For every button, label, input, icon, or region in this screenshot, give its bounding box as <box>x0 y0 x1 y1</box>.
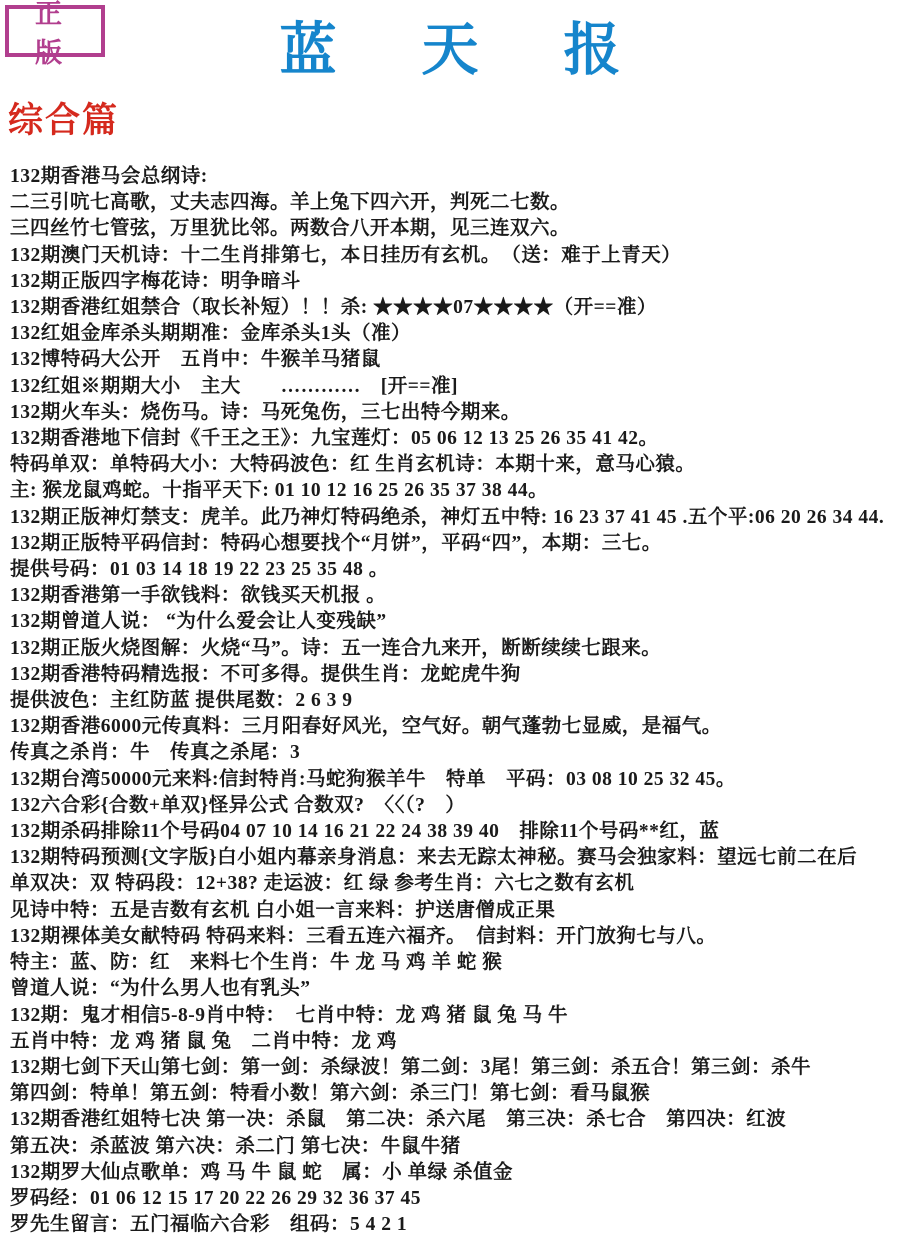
text-line: 提供波色：主红防蓝 提供尾数：2 6 3 9 <box>10 688 900 714</box>
text-line: 提供号码：01 03 14 18 19 22 23 25 35 48 。 <box>10 557 900 583</box>
badge-label: 正版 <box>35 0 101 70</box>
text-line: 132期正版四字梅花诗：明争暗斗 <box>10 269 900 295</box>
text-line: 见诗中特：五是吉数有玄机 白小姐一言来料：护送唐僧成正果 <box>10 898 900 924</box>
authentic-edition-badge: 正版 <box>5 5 105 57</box>
text-line: 132期正版特平码信封：特码心想要找个“月饼”，平码“四”，本期：三七。 <box>10 531 900 557</box>
text-line: 132期正版火烧图解：火烧“马”。诗：五一连合九来开，断断续续七跟来。 <box>10 636 900 662</box>
text-line: 132期香港马会总纲诗: <box>10 164 900 190</box>
text-line: 132期七剑下天山第七剑：第一剑：杀绿波！第二剑：3尾！第三剑：杀五合！第三剑：… <box>10 1055 900 1081</box>
text-line: 132期火车头：烧伤马。诗：马死兔伤，三七出特今期来。 <box>10 400 900 426</box>
text-line: 特主：蓝、防：红 来料七个生肖：牛 龙 马 鸡 羊 蛇 猴 <box>10 950 900 976</box>
text-line: 132期曾道人说： “为什么爱会让人变残缺” <box>10 609 900 635</box>
text-line: 传真之杀肖：牛 传真之杀尾：3 <box>10 740 900 766</box>
text-line: 132期香港红姐特七决 第一决：杀鼠 第二决：杀六尾 第三决：杀七合 第四决：红… <box>10 1107 900 1133</box>
text-line: 单双决：双 特码段：12+38? 走运波：红 绿 参考生肖：六七之数有玄机 <box>10 871 900 897</box>
text-line: 132博特码大公开 五肖中：牛猴羊马猪鼠 <box>10 347 900 373</box>
text-line: 132期裸体美女献特码 特码来料：三看五连六福齐。 信封料：开门放狗七与八。 <box>10 924 900 950</box>
text-line: 主: 猴龙鼠鸡蛇。十指平天下: 01 10 12 16 25 26 35 37 … <box>10 478 900 504</box>
text-line: 第五决：杀蓝波 第六决：杀二门 第七决：牛鼠牛猪 <box>10 1134 900 1160</box>
text-line: 132期香港特码精选报：不可多得。提供生肖：龙蛇虎牛狗 <box>10 662 900 688</box>
text-line: 132期特码预测{文字版}白小姐内幕亲身消息：来去无踪太神秘。赛马会独家料：望远… <box>10 845 900 871</box>
text-line: 二三引吭七高歌，丈夫志四海。羊上兔下四六开，判死二七数。 <box>10 190 900 216</box>
section-heading: 综合篇 <box>8 93 900 143</box>
page-title: 蓝天报 <box>0 0 900 83</box>
text-line: 132期正版神灯禁支：虎羊。此乃神灯特码绝杀，神灯五中特: 16 23 37 4… <box>10 505 900 531</box>
text-line: 132期澳门天机诗：十二生肖排第七，本日挂历有玄机。 （送：难于上青天） <box>10 243 900 269</box>
text-line: 罗先生留言：五门福临六合彩 组码：5 4 2 1 <box>10 1212 900 1238</box>
text-line: 特码单双：单特码大小：大特码波色：红 生肖玄机诗：本期十来，意马心猿。 <box>10 452 900 478</box>
text-line: 132期香港第一手欲钱料：欲钱买天机报 。 <box>10 583 900 609</box>
text-line: 罗码经：01 06 12 15 17 20 22 26 29 32 36 37 … <box>10 1186 900 1212</box>
text-line: 五肖中特：龙 鸡 猪 鼠 兔 二肖中特：龙 鸡 <box>10 1029 900 1055</box>
text-line: 132期罗大仙点歌单：鸡 马 牛 鼠 蛇 属：小 单绿 杀值金 <box>10 1160 900 1186</box>
newspaper-page: 正版 蓝天报 综合篇 132期香港马会总纲诗:二三引吭七高歌，丈夫志四海。羊上兔… <box>0 0 900 1243</box>
text-line: 132红姐※期期大小 主大 ………… [开==准] <box>10 374 900 400</box>
text-line: 132红姐金库杀头期期准：金库杀头1头（准） <box>10 321 900 347</box>
text-line: 132期杀码排除11个号码04 07 10 14 16 21 22 24 38 … <box>10 819 900 845</box>
text-line: 132期香港地下信封《千王之王》：九宝莲灯：05 06 12 13 25 26 … <box>10 426 900 452</box>
text-line: 132期香港6000元传真料：三月阳春好风光，空气好。朝气蓬勃七显威，是福气。 <box>10 714 900 740</box>
text-line: 三四丝竹七管弦，万里犹比邻。两数合八开本期，见三连双六。 <box>10 216 900 242</box>
text-line: 132期台湾50000元来料:信封特肖:马蛇狗猴羊牛 特单 平码：03 08 1… <box>10 767 900 793</box>
text-line: 132期：鬼才相信5-8-9肖中特： 七肖中特：龙 鸡 猪 鼠 兔 马 牛 <box>10 1003 900 1029</box>
text-line: 曾道人说：“为什么男人也有乳头” <box>10 976 900 1002</box>
text-line: 132六合彩{合数+单双}怪异公式 合数双? 〈〈（? ） <box>10 793 900 819</box>
text-line: 第四剑：特单！第五剑：特看小数！第六剑：杀三门！第七剑：看马鼠猴 <box>10 1081 900 1107</box>
text-line: 132期香港红姐禁合（取长补短）！！杀: ★★★★07★★★★（开==准） <box>10 295 900 321</box>
content-lines: 132期香港马会总纲诗:二三引吭七高歌，丈夫志四海。羊上兔下四六开，判死二七数。… <box>10 164 900 1238</box>
